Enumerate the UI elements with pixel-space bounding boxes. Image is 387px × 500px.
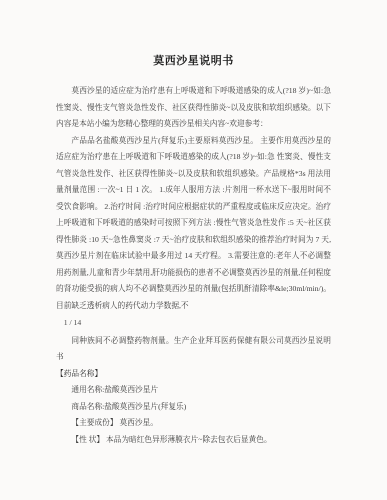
paragraph: 莫西沙星的适应症为治疗患有上呼吸道和下呼吸道感染的成人(?18 岁)~如:急性窦… (56, 83, 331, 133)
paragraph: 产品品名盐酸莫西沙星片(拜复乐)主要原料莫西沙星。 主要作用莫西沙星的适应症为治… (56, 133, 331, 315)
paragraph: 【性 状】 本品为暗红色异形薄膜衣片~除去包衣后显黄色。 (56, 432, 331, 449)
paragraph: 【主要成份】 莫西沙星。 (56, 415, 331, 432)
paragraph: 同种族间不必调整药物剂量。生产企业拜耳医药保健有限公司莫西沙星说明书 (56, 333, 331, 366)
section-heading: 【药品名称】 (56, 366, 331, 383)
paragraph: 通用名称:盐酸莫西沙星片 (56, 382, 331, 399)
page-title: 莫西沙星说明书 (56, 54, 331, 68)
page-number: 1 / 14 (56, 315, 331, 332)
document-page: 莫西沙星说明书 莫西沙星的适应症为治疗患有上呼吸道和下呼吸道感染的成人(?18 … (0, 0, 387, 500)
document-body: 莫西沙星的适应症为治疗患有上呼吸道和下呼吸道感染的成人(?18 岁)~如:急性窦… (56, 83, 331, 448)
paragraph: 商品名称:盐酸莫西沙星片(拜复乐) (56, 399, 331, 416)
